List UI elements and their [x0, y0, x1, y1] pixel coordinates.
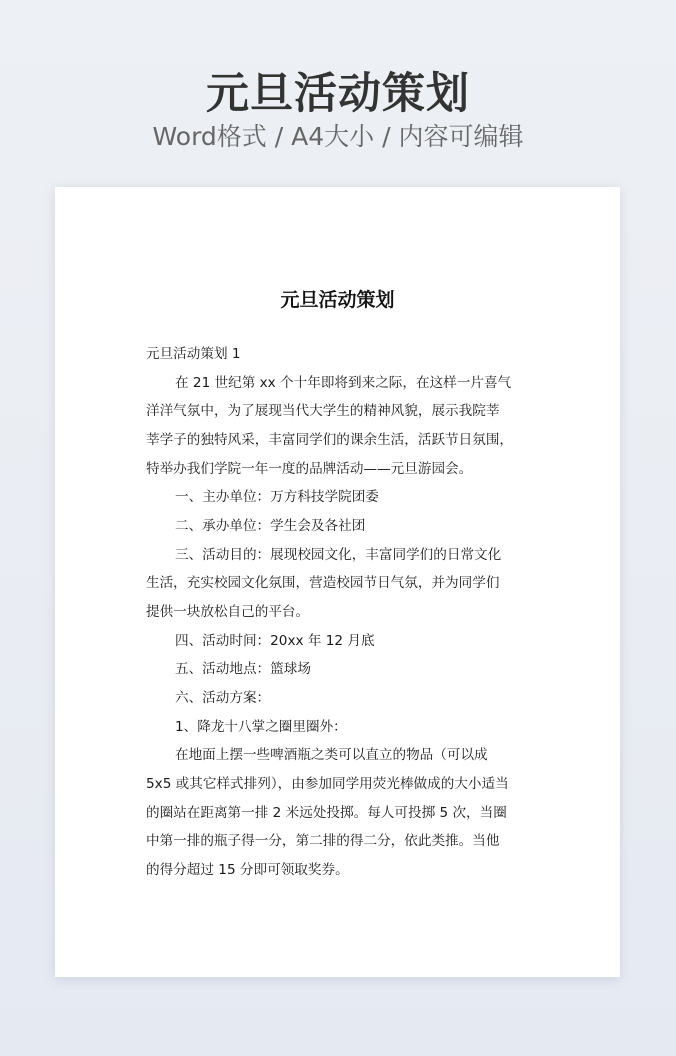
doc-line: 洋洋气氛中，为了展现当代大学生的精神风貌，展示我院莘	[146, 397, 546, 426]
document-page: 元旦活动策划 元旦活动策划 1 在 21 世纪第 xx 个十年即将到来之际，在这…	[55, 187, 620, 977]
doc-line: 元旦活动策划 1	[146, 340, 546, 369]
doc-line: 在 21 世纪第 xx 个十年即将到来之际，在这样一片喜气	[146, 369, 546, 398]
doc-line: 提供一块放松自己的平台。	[146, 598, 546, 627]
doc-line: 六、活动方案：	[146, 684, 546, 713]
doc-line: 的圈站在距离第一排 2 米远处投掷。每人可投掷 5 次，当圈	[146, 799, 546, 828]
doc-line: 二、承办单位：学生会及各社团	[146, 512, 546, 541]
doc-line: 在地面上摆一些啤酒瓶之类可以直立的物品（可以成	[146, 741, 546, 770]
doc-line: 生活，充实校园文化氛围，营造校园节日气氛，并为同学们	[146, 569, 546, 598]
document-body: 元旦活动策划 1 在 21 世纪第 xx 个十年即将到来之际，在这样一片喜气 洋…	[146, 340, 546, 884]
doc-line: 5x5 或其它样式排列），由参加同学用荧光棒做成的大小适当	[146, 770, 546, 799]
doc-line: 四、活动时间：20xx 年 12 月底	[146, 627, 546, 656]
doc-line: 1、降龙十八掌之圈里圈外：	[146, 713, 546, 742]
doc-line: 中第一排的瓶子得一分，第二排的得二分，依此类推。当他	[146, 827, 546, 856]
main-title: 元旦活动策划	[0, 66, 676, 122]
doc-line: 特举办我们学院一年一度的品牌活动——元旦游园会。	[146, 455, 546, 484]
subtitle: Word格式 / A4大小 / 内容可编辑	[0, 120, 676, 154]
doc-line: 一、主办单位：万方科技学院团委	[146, 483, 546, 512]
document-title: 元旦活动策划	[55, 287, 620, 313]
doc-line: 三、活动目的：展现校园文化，丰富同学们的日常文化	[146, 541, 546, 570]
doc-line: 莘学子的独特风采，丰富同学们的课余生活，活跃节日氛围，	[146, 426, 546, 455]
doc-line: 的得分超过 15 分即可领取奖券。	[146, 856, 546, 885]
doc-line: 五、活动地点：篮球场	[146, 655, 546, 684]
